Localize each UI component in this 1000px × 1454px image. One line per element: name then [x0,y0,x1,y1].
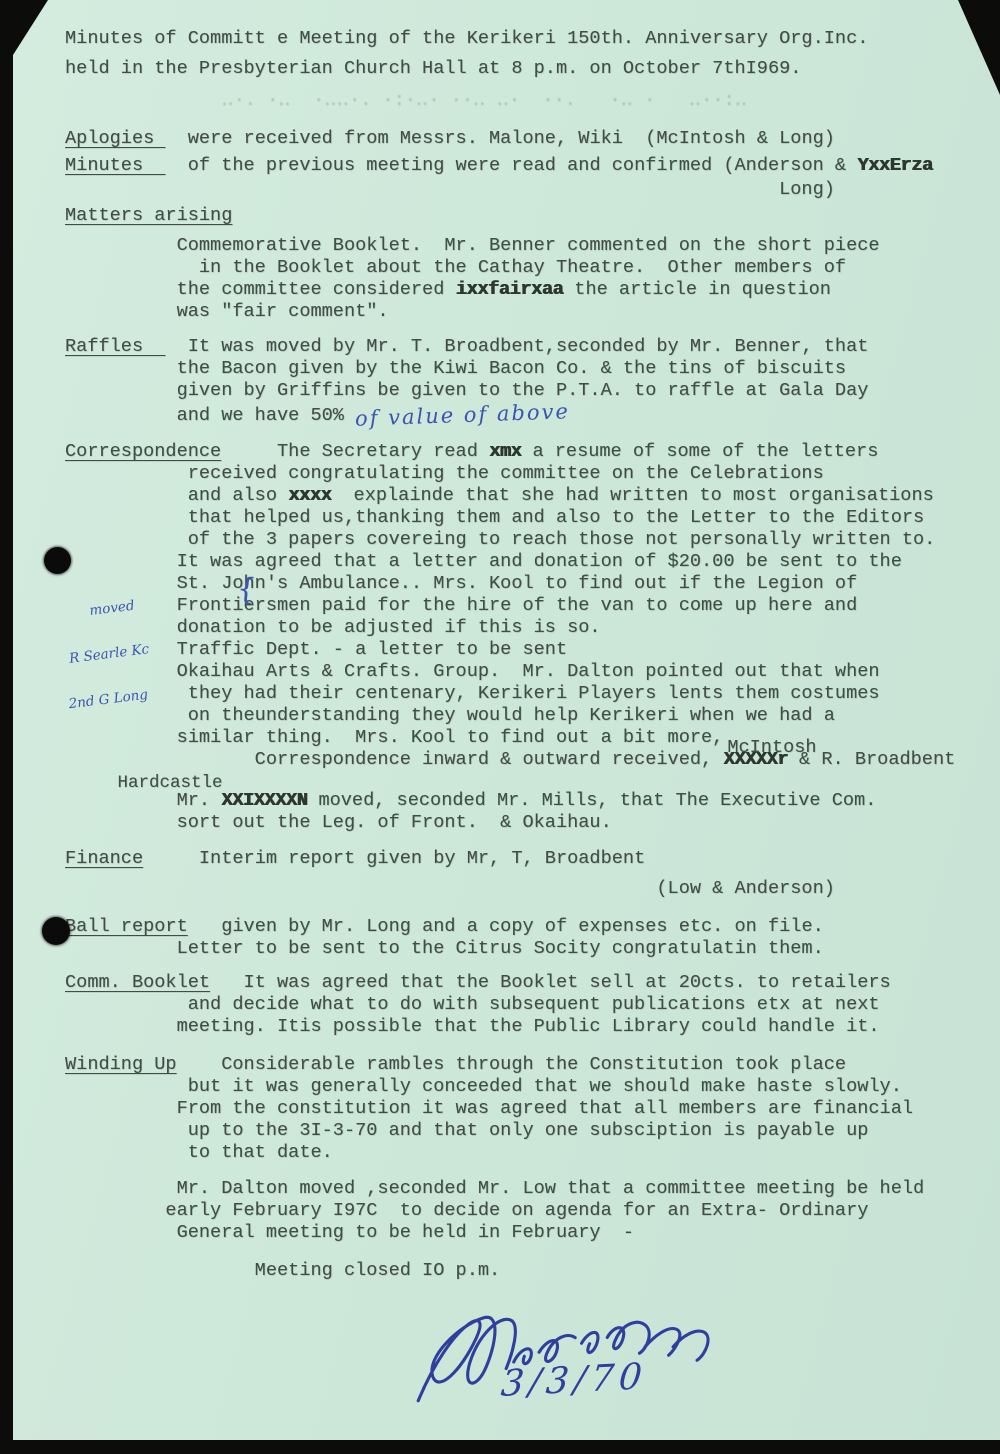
doc-line: Frontiersmen paid for the hire of the va… [65,595,965,617]
text-run: and decide what to do with subsequent pu… [65,994,880,1015]
doc-line: Correspondence The Secretary read xmx a … [65,441,965,463]
text-run: It was agreed that a letter and donation… [65,551,902,572]
doc-line: It was agreed that a letter and donation… [65,551,965,573]
text-run: Minutes of Committ e Meeting of the Keri… [65,28,868,49]
hole-punch [44,547,71,574]
text-run: meeting. Itis possible that the Public L… [65,1016,880,1037]
hole-punch [42,917,70,945]
text-run: Commemorative Booklet. Mr. Benner commen… [65,235,880,256]
doc-line: St. John's Ambulance.. Mrs. Kool to find… [65,573,965,595]
doc-line: Mr. XXIXXXXN moved, seconded Mr. Mills, … [65,790,965,812]
text-run: on theunderstanding they would help Keri… [65,705,835,726]
doc-line: Okaihau Arts & Crafts. Group. Mr. Dalton… [65,661,965,683]
section-label: Minutes [65,155,165,176]
overstruck-text: xxxx [288,485,331,506]
text-run: moved, seconded Mr. Mills, that The Exec… [307,790,876,811]
text-run: the article in question [563,279,831,300]
doc-line: received congratulating the committee on… [65,463,965,485]
doc-line: up to the 3I-3-70 and that only one subs… [65,1120,965,1142]
text-run: Mr. [65,790,221,811]
text-run: sort out the Leg. of Front. & Okaihau. [65,812,612,833]
doc-line: Ball report given by Mr. Long and a copy… [65,916,965,938]
superscript-correction: McIntosh [727,737,816,758]
doc-line: Minutes of Committ e Meeting of the Keri… [65,24,965,54]
doc-line: they had their centenary, Kerikeri Playe… [65,683,965,705]
text-run: explainde that she had written to most o… [331,485,934,506]
doc-line: and we have 50% of value of above [65,402,965,427]
doc-line: to that date. [65,1142,965,1164]
doc-line: Winding Up Considerable rambles through … [65,1054,965,1076]
text-run: (Low & Anderson) [65,878,835,899]
text-run: Frontiersmen paid for the hire of the va… [65,595,857,616]
text-run: held in the Presbyterian Church Hall at … [65,58,801,79]
text-run: a resume of some of the letters [521,441,878,462]
margin-note-line: 2nd G Long [68,687,156,712]
text-run: the Bacon given by the Kiwi Bacon Co. & … [65,358,846,379]
text-run: Okaihau Arts & Crafts. Group. Mr. Dalton… [65,661,880,682]
handwritten-date: 3/3/70 [499,1356,648,1405]
text-run: It was moved by Mr. T. Broadbent,seconde… [165,336,868,357]
text-run: Considerable rambles through the Constit… [177,1054,846,1075]
doc-line: Aplogies were received from Messrs. Malo… [65,128,965,150]
text-run: to that date. [65,1142,333,1163]
doc-line: was "fair comment". [65,301,965,323]
doc-line: Mr. Dalton moved ,seconded Mr. Low that … [65,1178,965,1200]
doc-line: the committee considered ixxfairxaa the … [65,279,965,301]
doc-line: held in the Presbyterian Church Hall at … [65,54,965,84]
doc-line: and decide what to do with subsequent pu… [65,994,965,1016]
overstruck-text: YxxErza [857,155,932,176]
doc-line: but it was generally conceeded that we s… [65,1076,965,1098]
doc-line: (Low & Anderson) [65,878,965,900]
section-label: Matters arising [65,205,232,226]
doc-line: ‥·. ·‥ ·‥‥·. ·:·‥· ··‥ ‥· ··. ·‥ · ‥··:‥ [65,90,965,112]
overstruck-text: xmx [489,441,521,462]
doc-line: early February I97C to decide on agenda … [65,1200,965,1222]
doc-line: Traffic Dept. - a letter to be sent [65,639,965,661]
doc-line: Correspondence inward & outward received… [65,749,965,771]
text-run: was "fair comment". [65,301,389,322]
text-run: given by Griffins be given to the P.T.A.… [65,380,868,401]
section-label: Raffles [65,336,165,357]
doc-line: Finance Interim report given by Mr, T, B… [65,848,965,870]
doc-line: General meeting to be held in February - [65,1222,965,1244]
section-label: Aplogies [65,128,165,149]
doc-line: meeting. Itis possible that the Public L… [65,1016,965,1038]
doc-line: similar thing. Mrs. Kool to find out a b… [65,727,965,749]
section-label: Winding Up [65,1054,177,1075]
text-run: given by Mr. Long and a copy of expenses… [188,916,824,937]
text-run: similar thing. Mrs. Kool to find out a b… [65,727,723,748]
doc-line: Comm. Booklet It was agreed that the Boo… [65,972,965,994]
doc-line: Meeting closed IO p.m. [65,1260,965,1282]
text-run: St. John's Ambulance.. Mrs. Kool to find… [65,573,857,594]
text-run: but it was generally conceeded that we s… [65,1076,902,1097]
doc-line: sort out the Leg. of Front. & Okaihau. [65,812,965,834]
text-run: were received from Messrs. Malone, Wiki … [165,128,834,149]
doc-line: Long) [65,179,965,201]
doc-line: on theunderstanding they would help Keri… [65,705,965,727]
text-run: and we have 50% [65,405,355,426]
text-run: they had their centenary, Kerikeri Playe… [65,683,880,704]
doc-line: of the 3 papers covereing to reach those… [65,529,965,551]
doc-line: Raffles It was moved by Mr. T. Broadbent… [65,336,965,358]
overstruck-text: ixxfairxaa [456,279,564,300]
text-run: From the constitution it was agreed that… [65,1098,913,1119]
text-run: the committee considered [65,279,456,300]
doc-line: Minutes of the previous meeting were rea… [65,155,965,177]
erased-text: ‥·. ·‥ ·‥‥·. ·:·‥· ··‥ ‥· ··. ·‥ · ‥··:‥ [65,90,747,111]
doc-line: Letter to be sent to the Citrus Socity c… [65,938,965,960]
doc-line: in the Booklet about the Cathay Theatre.… [65,257,965,279]
scanned-page-backdrop: Minutes of Committ e Meeting of the Keri… [0,0,1000,1454]
text-run: Meeting closed IO p.m. [65,1260,500,1281]
handwritten-note: of value of above [355,400,570,429]
doc-line: that helped us,thanking them and also to… [65,507,965,529]
doc-line: Hardcastle [65,777,965,790]
text-run: up to the 3I-3-70 and that only one subs… [65,1120,868,1141]
text-run: It was agreed that the Booklet sell at 2… [210,972,891,993]
text-run: of the previous meeting were read and co… [165,155,857,176]
text-run: Letter to be sent to the Citrus Socity c… [65,938,824,959]
doc-line: and also xxxx explainde that she had wri… [65,485,965,507]
margin-note-line: moved [89,597,145,619]
doc-line: Commemorative Booklet. Mr. Benner commen… [65,235,965,257]
text-run: The Secretary read [221,441,489,462]
section-label: Ball report [65,916,188,937]
margin-note-line: R Searle Kc [68,642,150,667]
text-run: early February I97C to decide on agenda … [65,1200,868,1221]
typewritten-text-body: Minutes of Committ e Meeting of the Keri… [65,24,965,1282]
text-run: received congratulating the committee on… [65,463,824,484]
text-run: and also [65,485,288,506]
text-run: General meeting to be held in February - [65,1222,634,1243]
text-run: Mr. Dalton moved ,seconded Mr. Low that … [65,1178,924,1199]
text-run: Interim report given by Mr, T, Broadbent [143,848,645,869]
doc-line: given by Griffins be given to the P.T.A.… [65,380,965,402]
text-run: of the 3 papers covereing to reach those… [65,529,935,550]
text-run: in the Booklet about the Cathay Theatre.… [65,257,846,278]
text-run: Correspondence inward & outward received… [65,749,723,770]
margin-note-brace: { [235,571,258,608]
text-run: that helped us,thanking them and also to… [65,507,924,528]
doc-line: From the constitution it was agreed that… [65,1098,965,1120]
section-label: Correspondence [65,441,221,462]
minutes-document-page: Minutes of Committ e Meeting of the Keri… [13,0,1000,1440]
doc-line: Matters arising [65,205,965,227]
doc-line: the Bacon given by the Kiwi Bacon Co. & … [65,358,965,380]
overstruck-text: XXIXXXXN [221,790,307,811]
doc-line: donation to be adjusted if this is so. [65,617,965,639]
section-label: Comm. Booklet [65,972,210,993]
section-label: Finance [65,848,143,869]
text-run: Long) [65,179,835,200]
